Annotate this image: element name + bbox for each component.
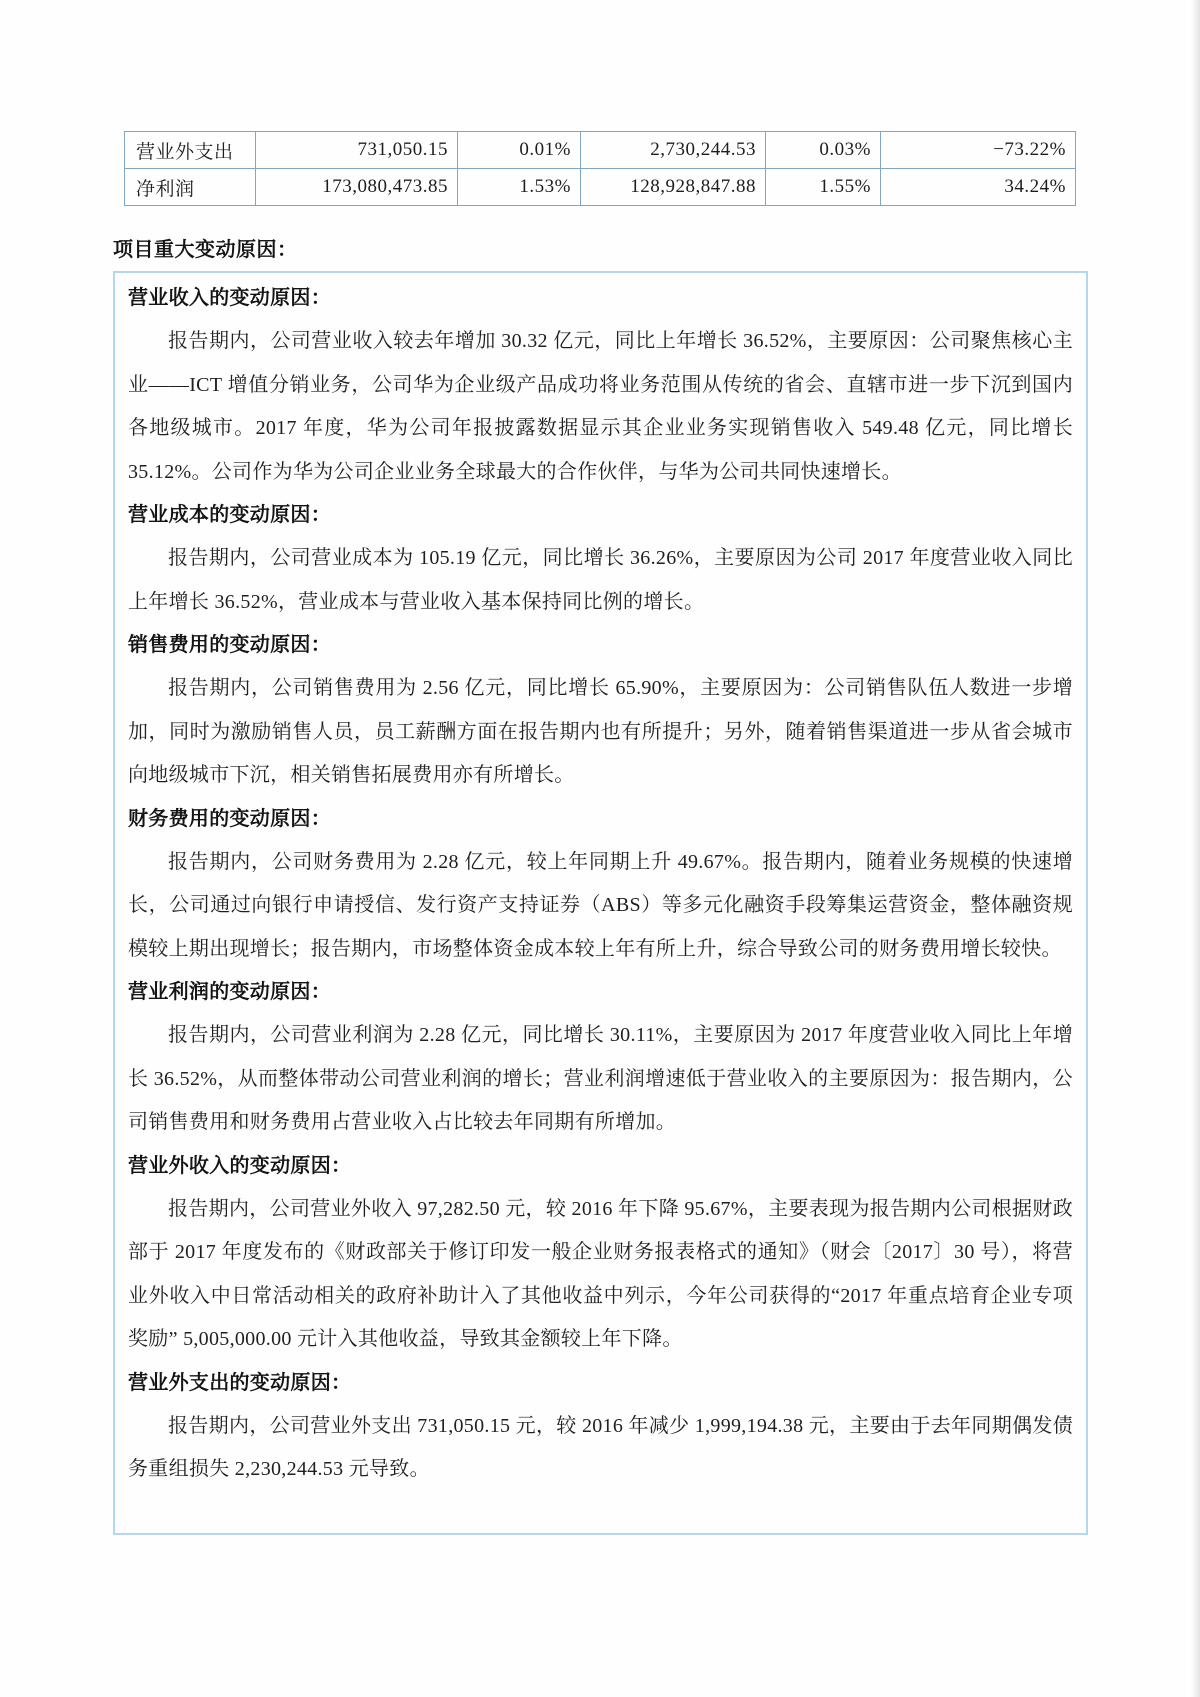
reason-section-non-operating-income: 营业外收入的变动原因： 报告期内，公司营业外收入 97,282.50 元，较 2… bbox=[128, 1145, 1073, 1362]
reason-body: 报告期内，公司营业外支出 731,050.15 元，较 2016 年减少 1,9… bbox=[128, 1405, 1073, 1492]
financial-table: 营业外支出 731,050.15 0.01% 2,730,244.53 0.03… bbox=[124, 131, 1076, 206]
table-cell-change-pct: −73.22% bbox=[881, 132, 1076, 169]
reason-title: 营业成本的变动原因： bbox=[128, 494, 1073, 537]
reason-section-cost: 营业成本的变动原因： 报告期内，公司营业成本为 105.19 亿元，同比增长 3… bbox=[128, 494, 1073, 624]
table-cell-pct-current: 0.01% bbox=[458, 132, 581, 169]
table-cell-amount-current: 173,080,473.85 bbox=[256, 169, 458, 206]
document-page: 营业外支出 731,050.15 0.01% 2,730,244.53 0.03… bbox=[0, 0, 1200, 1697]
table-cell-amount-current: 731,050.15 bbox=[256, 132, 458, 169]
reason-title: 营业收入的变动原因： bbox=[128, 277, 1073, 320]
reason-title: 营业利润的变动原因： bbox=[128, 971, 1073, 1014]
table-row: 净利润 173,080,473.85 1.53% 128,928,847.88 … bbox=[125, 169, 1076, 206]
reason-body: 报告期内，公司营业外收入 97,282.50 元，较 2016 年下降 95.6… bbox=[128, 1188, 1073, 1362]
reason-body: 报告期内，公司销售费用为 2.56 亿元，同比增长 65.90%，主要原因为：公… bbox=[128, 667, 1073, 798]
reason-title: 营业外收入的变动原因： bbox=[128, 1145, 1073, 1188]
page-title: 项目重大变动原因： bbox=[113, 233, 298, 262]
table-cell-amount-prior: 2,730,244.53 bbox=[581, 132, 766, 169]
reason-body: 报告期内，公司财务费用为 2.28 亿元，较上年同期上升 49.67%。报告期内… bbox=[128, 841, 1073, 972]
reason-title: 销售费用的变动原因： bbox=[128, 624, 1073, 667]
reason-section-finance-expense: 财务费用的变动原因： 报告期内，公司财务费用为 2.28 亿元，较上年同期上升 … bbox=[128, 798, 1073, 972]
table-cell-amount-prior: 128,928,847.88 bbox=[581, 169, 766, 206]
table-cell-item: 净利润 bbox=[125, 169, 256, 206]
table-cell-pct-prior: 1.55% bbox=[766, 169, 881, 206]
reason-section-revenue: 营业收入的变动原因： 报告期内，公司营业收入较去年增加 30.32 亿元，同比上… bbox=[128, 277, 1073, 494]
reason-title: 财务费用的变动原因： bbox=[128, 798, 1073, 841]
reason-body: 报告期内，公司营业收入较去年增加 30.32 亿元，同比上年增长 36.52%，… bbox=[128, 320, 1073, 494]
table-cell-item: 营业外支出 bbox=[125, 132, 256, 169]
reason-section-selling-expense: 销售费用的变动原因： 报告期内，公司销售费用为 2.56 亿元，同比增长 65.… bbox=[128, 624, 1073, 798]
table-cell-pct-current: 1.53% bbox=[458, 169, 581, 206]
scan-edge-artifact bbox=[1191, 0, 1200, 1697]
reason-section-non-operating-expense: 营业外支出的变动原因： 报告期内，公司营业外支出 731,050.15 元，较 … bbox=[128, 1362, 1073, 1492]
reason-body: 报告期内，公司营业利润为 2.28 亿元，同比增长 30.11%，主要原因为 2… bbox=[128, 1014, 1073, 1145]
table-cell-change-pct: 34.24% bbox=[881, 169, 1076, 206]
table-row: 营业外支出 731,050.15 0.01% 2,730,244.53 0.03… bbox=[125, 132, 1076, 169]
table-cell-pct-prior: 0.03% bbox=[766, 132, 881, 169]
reason-title: 营业外支出的变动原因： bbox=[128, 1362, 1073, 1405]
reasons-box: 营业收入的变动原因： 报告期内，公司营业收入较去年增加 30.32 亿元，同比上… bbox=[113, 271, 1088, 1535]
reason-section-operating-profit: 营业利润的变动原因： 报告期内，公司营业利润为 2.28 亿元，同比增长 30.… bbox=[128, 971, 1073, 1145]
reason-body: 报告期内，公司营业成本为 105.19 亿元，同比增长 36.26%，主要原因为… bbox=[128, 537, 1073, 624]
